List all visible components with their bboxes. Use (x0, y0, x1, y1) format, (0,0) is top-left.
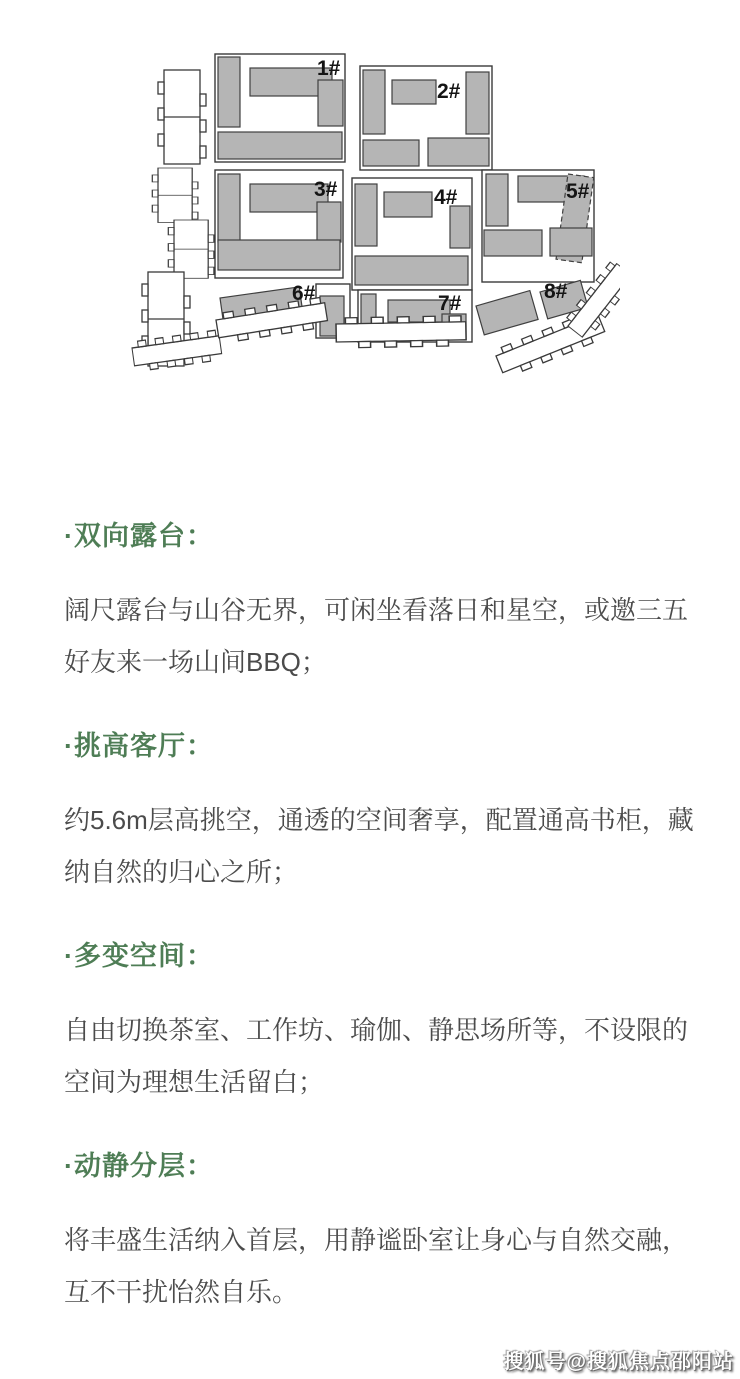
site-plan-diagram: 1# 2# 3# (120, 44, 620, 389)
outline-building (152, 168, 198, 223)
section-body-line: 自由切换茶室、工作坊、瑜伽、静思场所等，不设限的 (64, 1004, 700, 1056)
article-body: ·双向露台： 阔尺露台与山谷无界，可闲坐看落日和星空，或邀三五 好友来一场山间B… (0, 518, 740, 1318)
feature-section-living-room: ·挑高客厅： 约5.6m层高挑空，通透的空间奢享，配置通高书柜，藏 纳自然的归心… (64, 728, 700, 898)
building-label-7: 7# (438, 292, 462, 315)
site-plan: 1# 2# 3# (0, 0, 740, 389)
section-body-line: 纳自然的归心之所； (64, 846, 700, 898)
building-label-8: 8# (544, 280, 568, 303)
building-label-4: 4# (434, 186, 458, 209)
section-body-line: 互不干扰怡然自乐。 (64, 1266, 700, 1318)
section-heading: ·挑高客厅： (64, 728, 700, 764)
section-body-line: 阔尺露台与山谷无界，可闲坐看落日和星空，或邀三五 (64, 584, 700, 636)
section-heading: ·多变空间： (64, 938, 700, 974)
section-body-line: 空间为理想生活留白； (64, 1056, 700, 1108)
feature-section-zoning: ·动静分层： 将丰盛生活纳入首层，用静谧卧室让身心与自然交融， 互不干扰怡然自乐… (64, 1148, 700, 1318)
building-label-2: 2# (437, 80, 461, 103)
building-label-3: 3# (314, 178, 338, 201)
watermark: 搜狐号@搜狐焦点邵阳站 (503, 1345, 734, 1374)
section-heading: ·动静分层： (64, 1148, 700, 1184)
section-heading: ·双向露台： (64, 518, 700, 554)
page: 1# 2# 3# (0, 0, 740, 1379)
building-cluster-2: 2# (360, 66, 492, 170)
feature-section-terrace: ·双向露台： 阔尺露台与山谷无界，可闲坐看落日和星空，或邀三五 好友来一场山间B… (64, 518, 700, 688)
section-body-line: 好友来一场山间BBQ； (64, 636, 700, 688)
section-body-line: 将丰盛生活纳入首层，用静谧卧室让身心与自然交融， (64, 1214, 700, 1266)
building-label-1: 1# (317, 57, 341, 80)
feature-section-flexible-space: ·多变空间： 自由切换茶室、工作坊、瑜伽、静思场所等，不设限的 空间为理想生活留… (64, 938, 700, 1108)
building-cluster-5: 5# (482, 170, 594, 282)
section-body-line: 约5.6m层高挑空，通透的空间奢享，配置通高书柜，藏 (64, 794, 700, 846)
building-cluster-1: 1# (215, 54, 345, 162)
building-label-5: 5# (566, 180, 590, 203)
outline-building (168, 220, 214, 278)
building-cluster-4: 4# (352, 178, 472, 290)
outline-building (158, 70, 206, 164)
building-cluster-3: 3# (215, 170, 343, 278)
